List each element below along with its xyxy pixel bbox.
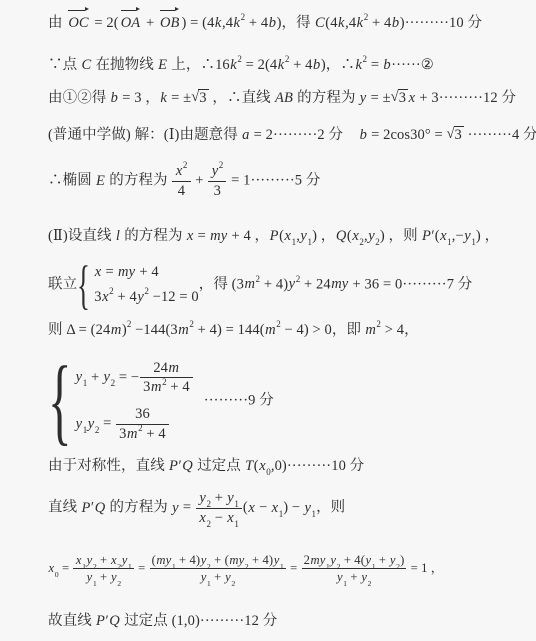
line-part1-a-b: (普通中学做) 解：(Ⅰ)由题意得 a = 2·········2 分b = 2… <box>48 126 530 146</box>
line-vieta-system: {y1 + y2 = −24m3m2 + 4y1y2 = 363m2 + 4··… <box>48 352 530 450</box>
line-part2-setup: (Ⅱ)设直线 l 的方程为 x = my + 4 ，P(x1,y1) ，Q(x2… <box>48 227 530 247</box>
line-ab-equation: 由①②得 b = 3 ，k = ±√3 ，∴直线 AB 的方程为 y = ±√3… <box>48 89 530 109</box>
line-system-elimination: 联立{x = my + 43x2 + 4y2 −12 = 0，得 (3m2 + … <box>48 258 530 312</box>
vector-arrow: OB <box>160 14 180 34</box>
cases-brace: { <box>48 352 72 450</box>
line-vector-oc: 由 OC = 2(OA + OB) = (4k,4k2 + 4b)，得 C(4k… <box>48 14 530 34</box>
vector-arrow: OC <box>68 14 88 34</box>
line-conclusion: 故直线 P′Q 过定点 (1,0)·········12 分 <box>48 612 530 632</box>
line-symmetry-fixed-point: 由于对称性，直线 P′Q 过定点 T(x0,0)·········10 分 <box>48 457 530 477</box>
line-discriminant: 则 Δ = (24m)2 −144(3m2 + 4) = 144(m2 − 4)… <box>48 321 530 341</box>
line-pq-equation: 直线 P′Q 的方程为 y = y2 + y1x2 − x1(x − x1) −… <box>48 490 530 526</box>
cases-brace: { <box>77 258 90 312</box>
vector-arrow: OA <box>121 14 141 34</box>
line-ellipse-equation: ∴椭圆 E 的方程为 x24 + y23 = 1·········5 分 <box>48 163 530 199</box>
document-page: 由 OC = 2(OA + OB) = (4k,4k2 + 4b)，得 C(4k… <box>0 0 536 641</box>
line-point-c-on-parabola: ∵点 C 在抛物线 E 上，∴16k2 = 2(4k2 + 4b)，∴k2 = … <box>48 56 530 76</box>
line-x0-computation: x0 = x1y2 + x2y1y1 + y2 = (my1 + 4)y2 + … <box>48 553 530 585</box>
